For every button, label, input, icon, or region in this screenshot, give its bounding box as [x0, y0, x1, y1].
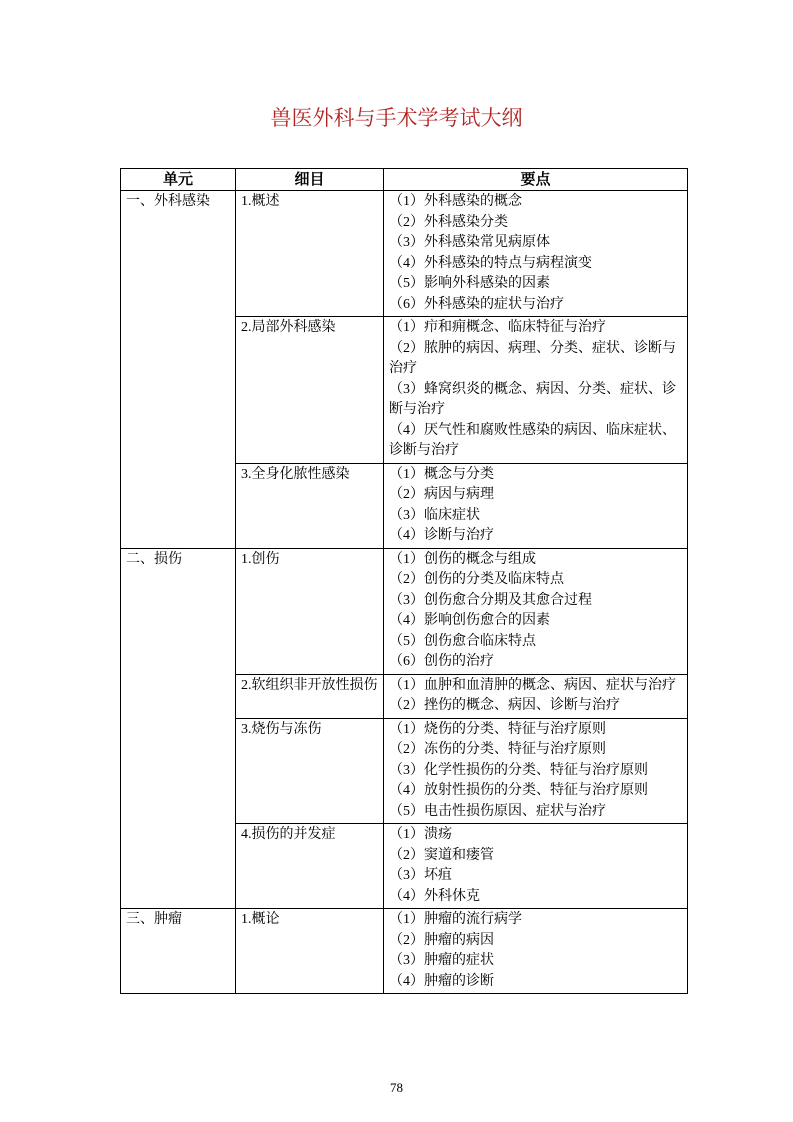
point-line: （3）临床症状 — [389, 506, 684, 527]
detail-cell: 2.软组织非开放性损伤 — [236, 674, 384, 718]
detail-cell: 3.烧伤与冻伤 — [236, 718, 384, 824]
point-line: （4）外科休克 — [389, 887, 684, 908]
point-line: （3）外科感染常见病原体 — [389, 233, 684, 254]
point-line: （2）脓肿的病因、病理、分类、症状、诊断与治疗 — [389, 339, 684, 380]
page-title: 兽医外科与手术学考试大纲 — [0, 105, 793, 132]
detail-cell: 1.概论 — [236, 909, 384, 994]
page-number: 78 — [0, 1080, 793, 1096]
point-line: （1）外科感染的概念 — [389, 192, 684, 213]
syllabus-table-body: 一、外科感染1.概述（1）外科感染的概念（2）外科感染分类（3）外科感染常见病原… — [121, 191, 688, 994]
points-cell: （1）肿瘤的流行病学（2）肿瘤的病因（3）肿瘤的症状（4）肿瘤的诊断 — [384, 909, 688, 994]
point-line: （3）蜂窝织炎的概念、病因、分类、症状、诊断与治疗 — [389, 380, 684, 421]
point-line: （1）血肿和血清肿的概念、病因、症状与治疗 — [389, 676, 684, 697]
detail-cell: 1.创伤 — [236, 548, 384, 674]
point-line: （4）放射性损伤的分类、特征与治疗原则 — [389, 781, 684, 802]
points-cell: （1）烧伤的分类、特征与治疗原则（2）冻伤的分类、特征与治疗原则（3）化学性损伤… — [384, 718, 688, 824]
point-line: （4）影响创伤愈合的因素 — [389, 611, 684, 632]
point-line: （2）挫伤的概念、病因、诊断与治疗 — [389, 696, 684, 717]
points-cell: （1）外科感染的概念（2）外科感染分类（3）外科感染常见病原体（4）外科感染的特… — [384, 191, 688, 317]
points-cell: （1）血肿和血清肿的概念、病因、症状与治疗（2）挫伤的概念、病因、诊断与治疗 — [384, 674, 688, 718]
point-line: （2）外科感染分类 — [389, 213, 684, 234]
point-line: （1）溃疡 — [389, 825, 684, 846]
header-detail: 细目 — [236, 169, 384, 191]
table-header: 单元 细目 要点 — [121, 169, 688, 191]
point-line: （3）创伤愈合分期及其愈合过程 — [389, 591, 684, 612]
header-row: 单元 细目 要点 — [121, 169, 688, 191]
unit-cell: 一、外科感染 — [121, 191, 236, 549]
point-line: （6）创伤的治疗 — [389, 652, 684, 673]
detail-cell: 2.局部外科感染 — [236, 317, 384, 464]
point-line: （2）创伤的分类及临床特点 — [389, 570, 684, 591]
table-row: 一、外科感染1.概述（1）外科感染的概念（2）外科感染分类（3）外科感染常见病原… — [121, 191, 688, 317]
detail-cell: 4.损伤的并发症 — [236, 824, 384, 909]
unit-cell: 二、损伤 — [121, 548, 236, 909]
point-line: （6）外科感染的症状与治疗 — [389, 295, 684, 316]
point-line: （4）外科感染的特点与病程演变 — [389, 254, 684, 275]
point-line: （2）冻伤的分类、特征与治疗原则 — [389, 740, 684, 761]
point-line: （2）病因与病理 — [389, 485, 684, 506]
header-points: 要点 — [384, 169, 688, 191]
points-cell: （1）溃疡（2）窦道和瘘管（3）坏疽（4）外科休克 — [384, 824, 688, 909]
point-line: （1）创伤的概念与组成 — [389, 550, 684, 571]
detail-cell: 1.概述 — [236, 191, 384, 317]
point-line: （4）厌气性和腐败性感染的病因、临床症状、诊断与治疗 — [389, 421, 684, 462]
detail-cell: 3.全身化脓性感染 — [236, 463, 384, 548]
syllabus-table: 单元 细目 要点 一、外科感染1.概述（1）外科感染的概念（2）外科感染分类（3… — [120, 168, 688, 994]
point-line: （1）疖和痈概念、临床特征与治疗 — [389, 318, 684, 339]
point-line: （3）肿瘤的症状 — [389, 951, 684, 972]
point-line: （2）窦道和瘘管 — [389, 846, 684, 867]
point-line: （1）肿瘤的流行病学 — [389, 910, 684, 931]
points-cell: （1）概念与分类（2）病因与病理（3）临床症状（4）诊断与治疗 — [384, 463, 688, 548]
point-line: （5）创伤愈合临床特点 — [389, 632, 684, 653]
point-line: （3）化学性损伤的分类、特征与治疗原则 — [389, 761, 684, 782]
table-row: 二、损伤1.创伤（1）创伤的概念与组成（2）创伤的分类及临床特点（3）创伤愈合分… — [121, 548, 688, 674]
point-line: （4）肿瘤的诊断 — [389, 972, 684, 993]
point-line: （5）影响外科感染的因素 — [389, 274, 684, 295]
header-unit: 单元 — [121, 169, 236, 191]
point-line: （1）烧伤的分类、特征与治疗原则 — [389, 720, 684, 741]
point-line: （1）概念与分类 — [389, 465, 684, 486]
points-cell: （1）疖和痈概念、临床特征与治疗（2）脓肿的病因、病理、分类、症状、诊断与治疗（… — [384, 317, 688, 464]
point-line: （3）坏疽 — [389, 866, 684, 887]
unit-cell: 三、肿瘤 — [121, 909, 236, 994]
points-cell: （1）创伤的概念与组成（2）创伤的分类及临床特点（3）创伤愈合分期及其愈合过程（… — [384, 548, 688, 674]
table-row: 三、肿瘤1.概论（1）肿瘤的流行病学（2）肿瘤的病因（3）肿瘤的症状（4）肿瘤的… — [121, 909, 688, 994]
point-line: （2）肿瘤的病因 — [389, 931, 684, 952]
point-line: （5）电击性损伤原因、症状与治疗 — [389, 802, 684, 823]
point-line: （4）诊断与治疗 — [389, 526, 684, 547]
